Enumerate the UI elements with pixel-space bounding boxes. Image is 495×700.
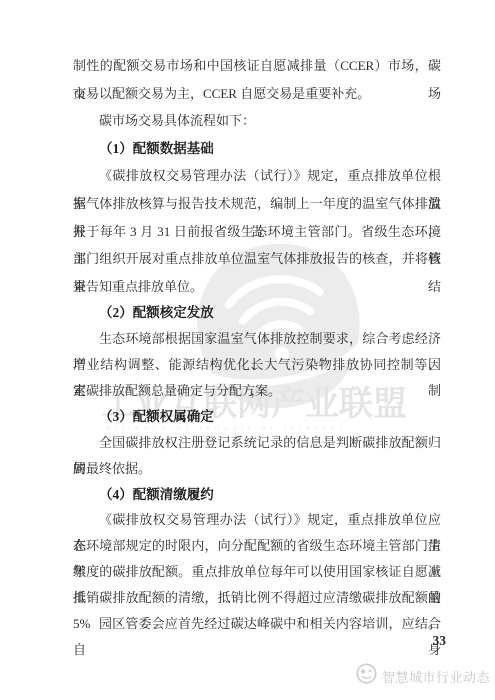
section-heading: （3）配额权属确定 [73,404,441,430]
section-heading: （4）配额清缴履约 [73,482,441,508]
text-line: 生态环境部根据国家温室气体排放控制要求，综合考虑经济增长、 [73,326,441,352]
document-body: 制性的配额交易市场和中国核证自愿减排量（CCER）市场，碳市场交易以配额交易为主… [73,52,441,637]
smiley-circle-logo-icon [356,663,377,689]
text-line: 室气体排放核算与报告技术规范，编制上一年度的温室气体排放报告， [73,190,441,218]
text-line: 并于每年 3 月 31 日前报省级生态环境主管部门。省级生态环境主管 [73,218,441,246]
section-heading: （2）配额核定发放 [73,300,441,326]
text-line: 园区管委会应首先经过碳达峰碳中和相关内容培训，应结合自身 [73,611,441,637]
footer-brand-label: 智慧城市行业动态 [382,667,490,686]
text-line: 产业结构调整、能源结构优化、大气污染物排放协同控制等因素，制 [73,352,441,378]
text-line: 的最终依据。 [73,456,441,482]
footer-brand-watermark: 智慧城市行业动态 [356,663,490,689]
text-line: 年度的碳排放配额。重点排放单位每年可以使用国家核证自愿减排量 [73,559,441,585]
page-number: 33 [433,633,447,649]
text-line: 制性的配额交易市场和中国核证自愿减排量（CCER）市场，碳市场 [73,52,441,80]
text-line: 部门组织开展对重点排放单位温室气体排放报告的核查，并将核查结 [73,245,441,273]
text-line: 全国碳排放权注册登记系统记录的信息是判断碳排放配额归属 [73,430,441,456]
text-line: 《碳排放权交易管理办法（试行）》规定，重点排放单位应在生 [73,507,441,533]
text-line: 态环境部规定的时限内，向分配配额的省级生态环境主管部门清缴上 [73,533,441,559]
section-heading: （1）配额数据基础 [73,135,441,163]
text-line: 碳市场交易具体流程如下： [73,107,441,135]
text-line: 抵销碳排放配额的清缴，抵销比例不得超过应清缴碳排放配额的 5%。 [73,585,441,611]
document-page: 工业互联网产业联盟 Alliance of Industrial Interne… [0,0,495,700]
text-line: 《碳排放权交易管理办法（试行）》规定，重点排放单位根据温 [73,162,441,190]
